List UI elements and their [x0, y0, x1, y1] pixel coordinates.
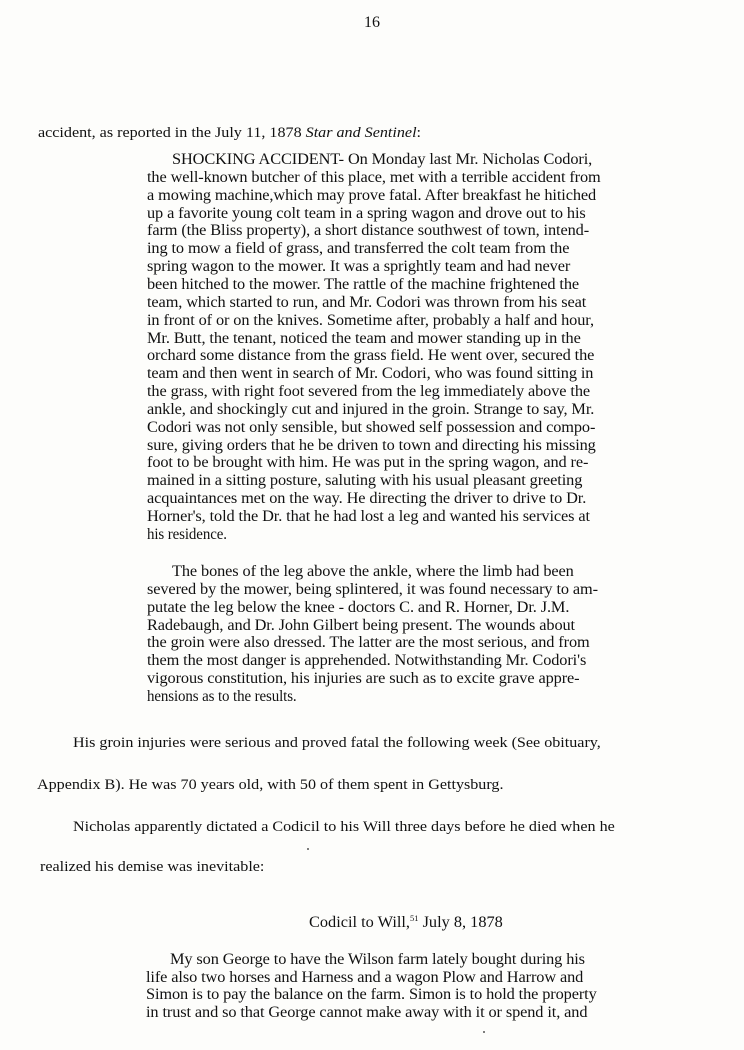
quote-line: ing to mow a field of grass, and transfe… [147, 240, 569, 257]
scan-speck [483, 1031, 485, 1033]
quote-line: Mr. Butt, the tenant, noticed the team a… [147, 330, 581, 347]
body-line: Nicholas apparently dictated a Codicil t… [73, 818, 615, 835]
codicil-heading: Codicil to Will,51 July 8, 1878 [309, 914, 503, 931]
quote-line: hensions as to the results. [147, 688, 297, 705]
quote-line: severed by the mower, being splintered, … [147, 581, 598, 598]
body-line: realized his demise was inevitable: [40, 858, 264, 875]
codicil-title: Codicil to Will, [309, 914, 410, 931]
quote-line: spring wagon to the mower. It was a spri… [147, 258, 570, 275]
quote-line: mained in a sitting posture, saluting wi… [147, 472, 582, 489]
quote-line: Radebaugh, and Dr. John Gilbert being pr… [147, 617, 575, 634]
codicil-line: Simon is to pay the balance on the farm.… [146, 986, 597, 1003]
codicil-line: in trust and so that George cannot make … [146, 1004, 587, 1021]
quote-line: team and then went in search of Mr. Codo… [147, 365, 593, 382]
quote-line: in front of or on the knives. Sometime a… [147, 312, 594, 329]
quote-line: putate the leg below the knee - doctors … [147, 599, 569, 616]
quote-line: sure, giving orders that he be driven to… [147, 437, 596, 454]
quote-line: been hitched to the mower. The rattle of… [147, 276, 579, 293]
quote-line: a mowing machine,which may prove fatal. … [147, 187, 596, 204]
quote-line: acquaintances met on the way. He directi… [147, 490, 586, 507]
codicil-date: July 8, 1878 [418, 914, 502, 931]
quote-line: the grass, with right foot severed from … [147, 383, 590, 400]
intro-colon: : [417, 124, 421, 141]
page-number: 16 [0, 14, 744, 32]
scan-speck [307, 848, 309, 850]
quote-line: foot to be brought with him. He was put … [147, 454, 588, 471]
quote-line: the groin were also dressed. The latter … [147, 634, 590, 651]
quote-line: orchard some distance from the grass fie… [147, 347, 594, 364]
quote-line: farm (the Bliss property), a short dista… [147, 222, 589, 239]
quote-line: ankle, and shockingly cut and injured in… [147, 401, 594, 418]
intro-line: accident, as reported in the July 11, 18… [38, 124, 421, 141]
codicil-line: life also two horses and Harness and a w… [146, 969, 583, 986]
quote-line: Horner's, told the Dr. that he had lost … [147, 508, 590, 525]
quote-line: The bones of the leg above the ankle, wh… [172, 563, 574, 580]
quote-line: them the most danger is apprehended. Not… [147, 652, 586, 669]
quote-line: his residence. [147, 526, 227, 543]
quote-line: team, which started to run, and Mr. Codo… [147, 294, 586, 311]
body-line: His groin injuries were serious and prov… [73, 734, 601, 751]
publication-title: Star and Sentinel [306, 124, 417, 141]
quote-line: SHOCKING ACCIDENT- On Monday last Mr. Ni… [172, 151, 592, 168]
intro-text: accident, as reported in the July 11, 18… [38, 124, 306, 141]
quote-line: up a favorite young colt team in a sprin… [147, 205, 586, 222]
quote-line: vigorous constitution, his injuries are … [147, 670, 579, 687]
codicil-line: My son George to have the Wilson farm la… [170, 951, 585, 968]
document-page: 16 accident, as reported in the July 11,… [0, 0, 744, 1050]
body-line: Appendix B). He was 70 years old, with 5… [37, 776, 504, 793]
quote-line: the well-known butcher of this place, me… [147, 169, 601, 186]
quote-line: Codori was not only sensible, but showed… [147, 419, 595, 436]
